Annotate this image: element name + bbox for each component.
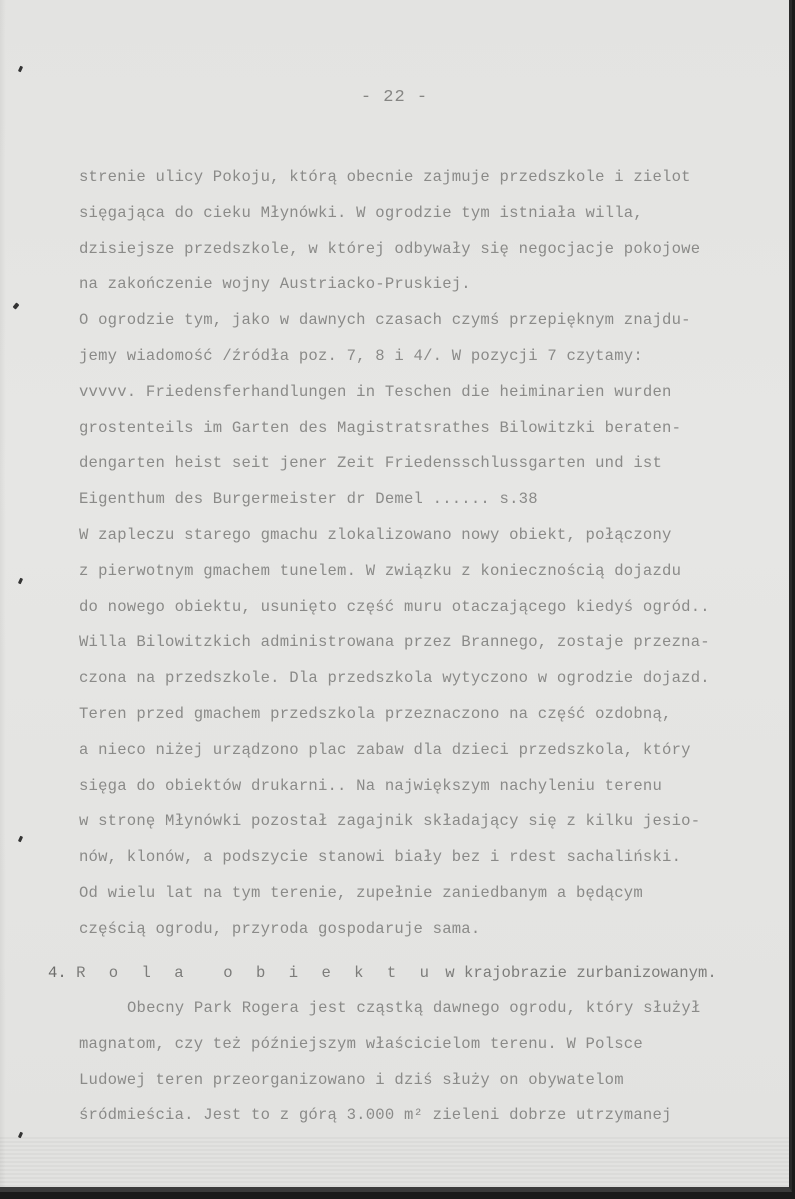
body-text: strenie ulicy Pokoju, którą obecnie zajm… [79, 160, 779, 948]
text-line: sięgająca do cieku Młynówki. W ogrodzie … [79, 196, 779, 232]
text-line: Willa Bilowitzkich administrowana przez … [79, 625, 779, 661]
margin-mark [13, 302, 20, 309]
section-heading: 4. R o l a o b i e k t u w krajobrazie z… [48, 955, 778, 991]
page-edge-shadow [0, 0, 6, 1187]
text-line: nów, klonów, a podszycie stanowi biały b… [79, 840, 779, 876]
text-line: częścią ogrodu, przyroda gospodaruje sam… [79, 912, 779, 948]
quote-line: vvvvv. Friedensferhandlungen in Teschen … [79, 375, 779, 411]
text-line: Obecny Park Rogera jest cząstką dawnego … [79, 991, 778, 1027]
margin-mark [18, 836, 23, 843]
text-line: jemy wiadomość /źródła poz. 7, 8 i 4/. W… [79, 339, 779, 375]
section-body: Obecny Park Rogera jest cząstką dawnego … [48, 991, 778, 1134]
text-line: a nieco niżej urządzono plac zabaw dla d… [79, 733, 779, 769]
margin-mark [18, 1132, 23, 1139]
quote-line: Eigenthum des Burgermeister dr Demel ...… [79, 482, 779, 518]
text-line: W zapleczu starego gmachu zlokalizowano … [79, 518, 779, 554]
text-line: Od wielu lat na tym terenie, zupełnie za… [79, 876, 779, 912]
quote-line: dengarten heist seit jener Zeit Friedens… [79, 446, 779, 482]
text-line: z pierwotnym gmachem tunelem. W związku … [79, 554, 779, 590]
page-number: - 22 - [0, 88, 789, 107]
text-line: śródmieścia. Jest to z górą 3.000 m² zie… [79, 1098, 778, 1134]
text-line: do nowego obiektu, usunięto część muru o… [79, 590, 779, 626]
section-number: 4. [48, 964, 67, 982]
text-line: w stronę Młynówki pozostał zagajnik skła… [79, 804, 779, 840]
quote-line: grostenteils im Garten des Magistratsrat… [79, 411, 779, 447]
section-title-rest: w krajobrazie zurbanizowanym. [436, 964, 717, 982]
text-line: O ogrodzie tym, jako w dawnych czasach c… [79, 303, 779, 339]
text-line: Ludowej teren przeorganizowano i dziś sł… [79, 1063, 778, 1099]
text-line: na zakończenie wojny Austriacko-Pruskiej… [79, 267, 779, 303]
text-line: czona na przedszkole. Dla przedszkola wy… [79, 661, 779, 697]
section-title-spaced: R o l a o b i e k t u [76, 964, 436, 982]
text-line: sięga do obiektów drukarni.. Na najwięks… [79, 769, 779, 805]
text-line: magnatom, czy też późniejszym właściciel… [79, 1027, 778, 1063]
text-line: Teren przed gmachem przedszkola przeznac… [79, 697, 779, 733]
margin-mark [18, 578, 23, 585]
document-page: - 22 - strenie ulicy Pokoju, którą obecn… [0, 0, 792, 1192]
section-4: 4. R o l a o b i e k t u w krajobrazie z… [48, 955, 778, 1134]
text-line: strenie ulicy Pokoju, którą obecnie zajm… [79, 160, 779, 196]
text-line: dzisiejsze przedszkole, w której odbywał… [79, 232, 779, 268]
margin-mark [18, 66, 23, 73]
